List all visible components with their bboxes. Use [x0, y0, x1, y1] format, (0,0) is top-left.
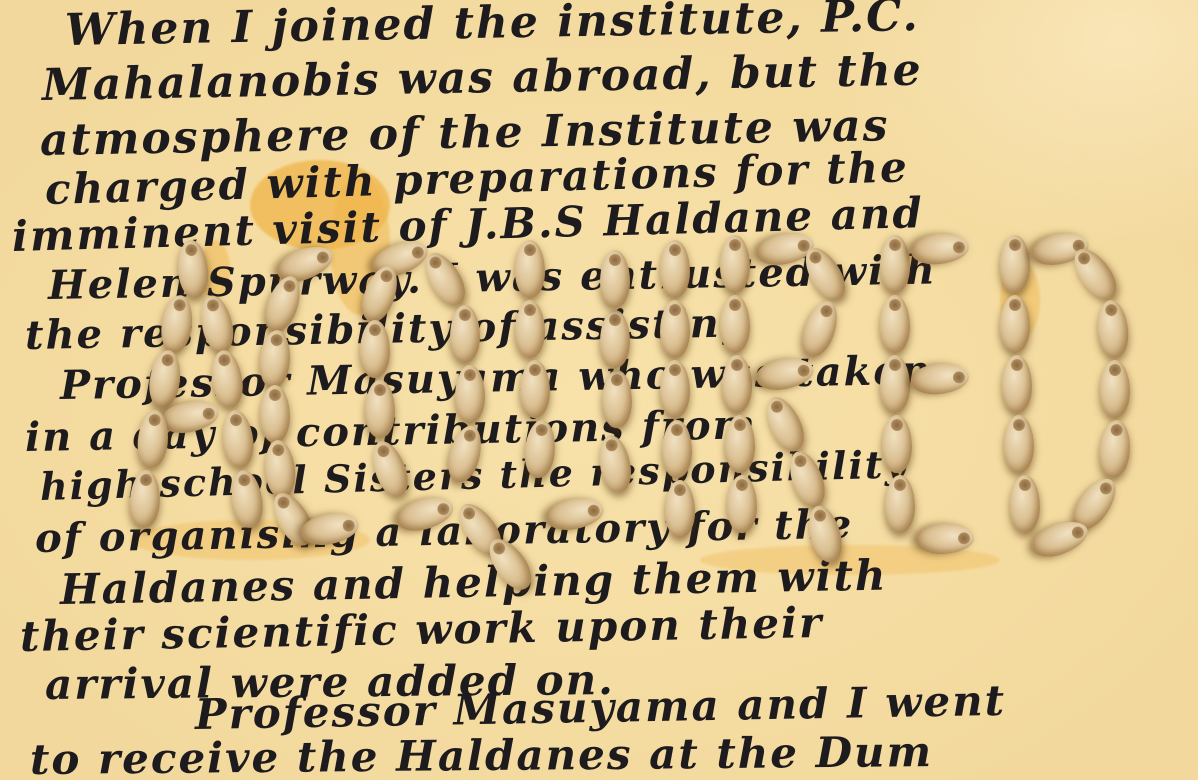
grain	[360, 320, 390, 378]
handwriting-line-16: to receive the Haldanes at the Dum	[30, 727, 933, 780]
grain	[662, 420, 692, 478]
grain	[1002, 355, 1032, 413]
grain	[366, 437, 414, 502]
grain	[208, 348, 246, 410]
grain	[515, 300, 545, 358]
scanned-note: When I joined the institute, P.C. Mahala…	[0, 0, 1198, 780]
grain	[1100, 360, 1130, 418]
grain	[660, 360, 690, 418]
grain	[720, 295, 750, 353]
grain	[885, 475, 915, 533]
grain	[228, 468, 266, 530]
grain	[158, 293, 196, 355]
grain	[600, 310, 630, 368]
grain	[393, 492, 457, 536]
grain	[915, 523, 974, 555]
grain	[796, 297, 844, 362]
grain	[882, 415, 912, 473]
grain	[1098, 419, 1133, 479]
grain	[727, 475, 757, 533]
grain	[1004, 415, 1034, 473]
grain	[515, 240, 545, 298]
grain	[176, 239, 211, 299]
grain	[220, 409, 256, 470]
grain	[600, 250, 630, 308]
grain	[725, 415, 755, 473]
grain	[660, 300, 690, 358]
grain	[759, 391, 811, 456]
grain	[660, 240, 690, 298]
grain	[259, 272, 307, 337]
grain	[595, 433, 635, 495]
grain	[880, 235, 910, 293]
grain	[783, 447, 831, 512]
grain	[1096, 299, 1131, 359]
grain	[1010, 475, 1040, 533]
grain	[146, 348, 184, 410]
grain	[880, 295, 910, 353]
grain	[803, 502, 847, 566]
grain	[523, 419, 558, 479]
grain	[910, 232, 970, 267]
grain	[520, 360, 550, 418]
grain	[754, 354, 816, 394]
grain	[722, 355, 752, 413]
grain	[1000, 295, 1030, 353]
grain	[602, 370, 632, 428]
grain	[450, 305, 480, 363]
grain	[455, 365, 485, 423]
grain-word: ACQUIRED	[120, 220, 1140, 600]
grain	[720, 235, 750, 293]
grain	[129, 469, 162, 528]
grain	[443, 422, 487, 486]
grain	[258, 329, 293, 389]
grain	[260, 385, 290, 443]
grain	[880, 355, 910, 413]
grain	[196, 293, 237, 356]
grain	[544, 494, 606, 534]
grain	[910, 362, 970, 397]
grain	[263, 439, 298, 499]
grain	[665, 480, 695, 538]
grain	[1000, 235, 1030, 293]
grain	[365, 380, 395, 438]
